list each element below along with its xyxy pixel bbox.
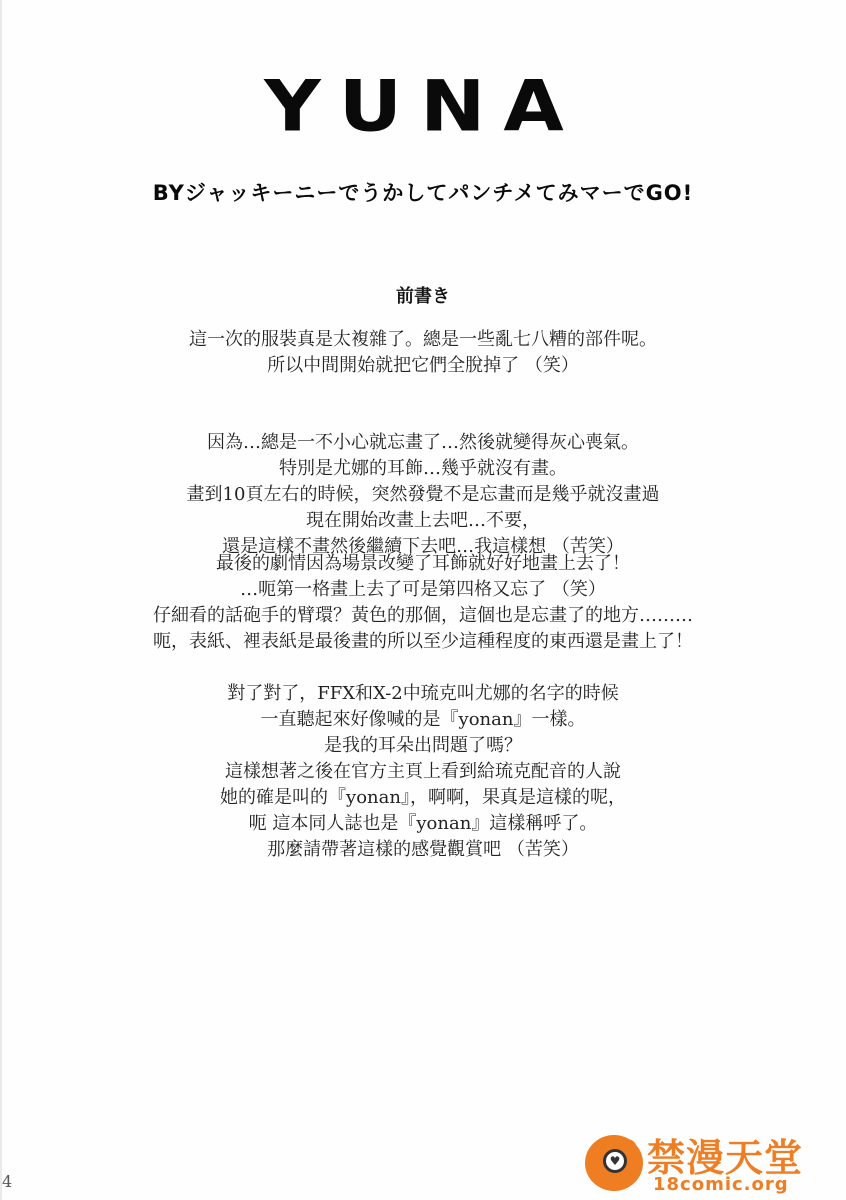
text-line: 所以中間開始就把它們全脫掉了 （笑） [0, 353, 846, 379]
document-page: YUNA BYジャッキーニーでうかしてパンチメてみマーでGO! 前書き 這一次的… [0, 0, 846, 1200]
text-line: …呃第一格畫上去了可是第四格又忘了 （笑） [0, 577, 846, 603]
watermark-url: 18comic.org [653, 1174, 789, 1195]
page-number: 4 [2, 1172, 12, 1191]
text-line: 呃 這本同人誌也是『yonan』這樣稱呼了。 [0, 811, 846, 837]
text-line: 是我的耳朵出問題了嗎？ [0, 733, 846, 759]
text-line: 呃，表紙、裡表紙是最後畫的所以至少這種程度的東西還是畫上了！ [0, 629, 846, 655]
mascot-icon: ♥ [585, 1135, 643, 1191]
heart-eye-icon: ♥ [603, 1149, 627, 1173]
text-line: 一直聽起來好像喊的是『yonan』一樣。 [0, 707, 846, 733]
text-line: 她的確是叫的『yonan』，啊啊，果真是這樣的呢， [0, 785, 846, 811]
text-line: 因為…總是一不小心就忘畫了…然後就變得灰心喪氣。 [0, 430, 846, 456]
text-line: 特別是尤娜的耳飾…幾乎就沒有畫。 [0, 456, 846, 482]
text-line: 現在開始改畫上去吧…不要， [0, 508, 846, 534]
paragraph-3: 最後的劇情因為場景改變了耳飾就好好地畫上去了！ …呃第一格畫上去了可是第四格又忘… [0, 551, 846, 655]
text-line: 這樣想著之後在官方主頁上看到給琉克配音的人說 [0, 759, 846, 785]
paragraph-1: 這一次的服裝真是太複雜了。總是一些亂七八糟的部件呢。 所以中間開始就把它們全脫掉… [0, 327, 846, 379]
text-line: 那麼請帶著這樣的感覺觀賞吧 （苦笑） [0, 837, 846, 863]
text-line: 畫到10頁左右的時候，突然發覺不是忘畫而是幾乎就沒畫過 [0, 482, 846, 508]
paragraph-4: 對了對了，FFX和X-2中琉克叫尤娜的名字的時候 一直聽起來好像喊的是『yona… [0, 681, 846, 863]
section-heading: 前書き [0, 282, 846, 308]
page-title: YUNA [0, 67, 846, 148]
text-line: 最後的劇情因為場景改變了耳飾就好好地畫上去了！ [0, 551, 846, 577]
text-line: 這一次的服裝真是太複雜了。總是一些亂七八糟的部件呢。 [0, 327, 846, 353]
watermark-logo: ♥ 禁漫天堂 18comic.org [585, 1117, 835, 1197]
paragraph-2: 因為…總是一不小心就忘畫了…然後就變得灰心喪氣。 特別是尤娜的耳飾…幾乎就沒有畫… [0, 430, 846, 560]
text-line: 仔細看的話砲手的臂環？黃色的那個，這個也是忘畫了的地方……… [0, 603, 846, 629]
text-line: 對了對了，FFX和X-2中琉克叫尤娜的名字的時候 [0, 681, 846, 707]
author-byline: BYジャッキーニーでうかしてパンチメてみマーでGO! [0, 177, 846, 207]
